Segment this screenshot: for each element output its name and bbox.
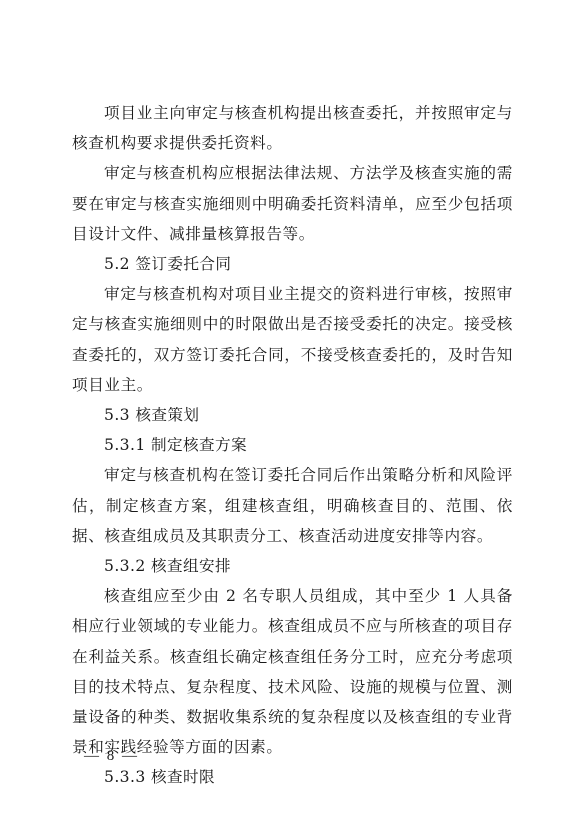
document-page: 项目业主向审定与核查机构提出核查委托，并按照审定与核查机构要求提供委托资料。 审… xyxy=(72,98,513,793)
heading-5-3-2: 5.3.2 核查组安排 xyxy=(72,551,513,581)
paragraph-team-arrangement: 核查组应至少由 2 名专职人员组成，其中至少 1 人具备相应行业领域的专业能力。… xyxy=(72,581,513,762)
heading-5-2: 5.2 签订委托合同 xyxy=(72,249,513,279)
heading-5-3-1: 5.3.1 制定核查方案 xyxy=(72,430,513,460)
paragraph-entrust-materials: 审定与核查机构应根据法律法规、方法学及核查实施的需要在审定与核查实施细则中明确委… xyxy=(72,158,513,249)
heading-5-3-3: 5.3.3 核查时限 xyxy=(72,762,513,792)
paragraph-verification-plan: 审定与核查机构在签订委托合同后作出策略分析和风险评估，制定核查方案，组建核查组，… xyxy=(72,460,513,551)
page-number: — 8 — xyxy=(84,748,139,765)
paragraph-entrust-request: 项目业主向审定与核查机构提出核查委托，并按照审定与核查机构要求提供委托资料。 xyxy=(72,98,513,158)
heading-5-3: 5.3 核查策划 xyxy=(72,400,513,430)
paragraph-contract: 审定与核查机构对项目业主提交的资料进行审核，按照审定与核查实施细则中的时限做出是… xyxy=(72,279,513,400)
